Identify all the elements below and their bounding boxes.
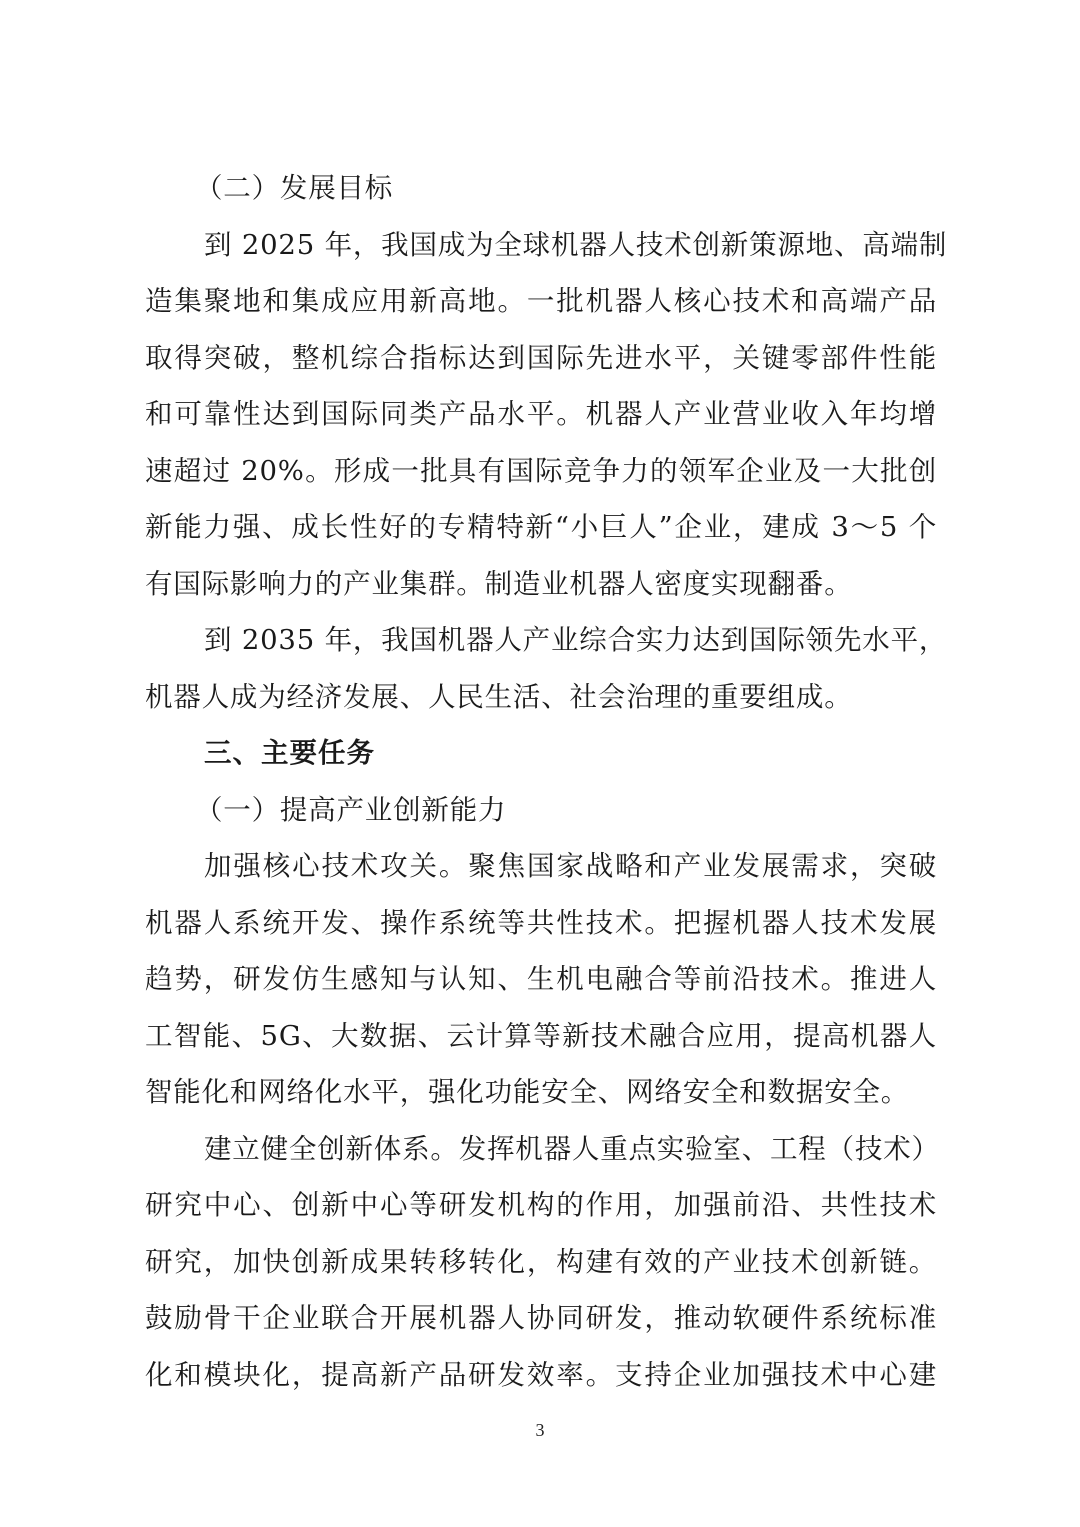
paragraph-line: 智能化和网络化水平，强化功能安全、网络安全和数据安全。 (145, 1072, 937, 1129)
section-heading-development-goals: （二）发展目标 (145, 168, 937, 225)
paragraph-2025-goals: 到 2025 年，我国成为全球机器人技术创新策源地、高端制 造集聚地和集成应用新… (145, 225, 937, 621)
paragraph-line: 造集聚地和集成应用新高地。一批机器人核心技术和高端产品 (145, 281, 937, 338)
paragraph-core-technology: 加强核心技术攻关。聚焦国家战略和产业发展需求，突破 机器人系统开发、操作系统等共… (145, 846, 937, 1129)
paragraph-line: 新能力强、成长性好的专精特新“小巨人”企业，建成 3～5 个 (145, 507, 937, 564)
paragraph-2035-goals: 到 2035 年，我国机器人产业综合实力达到国际领先水平， 机器人成为经济发展、… (145, 620, 937, 733)
paragraph-line: 趋势，研发仿生感知与认知、生机电融合等前沿技术。推进人 (145, 959, 937, 1016)
paragraph-line: 到 2025 年，我国成为全球机器人技术创新策源地、高端制 (145, 225, 937, 282)
paragraph-line: 研究，加快创新成果转移转化，构建有效的产业技术创新链。 (145, 1242, 937, 1299)
paragraph-line: 建立健全创新体系。发挥机器人重点实验室、工程（技术） (145, 1129, 937, 1186)
paragraph-innovation-system: 建立健全创新体系。发挥机器人重点实验室、工程（技术） 研究中心、创新中心等研发机… (145, 1129, 937, 1412)
paragraph-line: 化和模块化，提高新产品研发效率。支持企业加强技术中心建 (145, 1355, 937, 1412)
paragraph-line: 到 2035 年，我国机器人产业综合实力达到国际领先水平， (145, 620, 937, 677)
paragraph-line: 工智能、5G、大数据、云计算等新技术融合应用，提高机器人 (145, 1016, 937, 1073)
paragraph-line: 鼓励骨干企业联合开展机器人协同研发，推动软硬件系统标准 (145, 1298, 937, 1355)
paragraph-line: 速超过 20%。形成一批具有国际竞争力的领军企业及一大批创 (145, 451, 937, 508)
paragraph-line: 加强核心技术攻关。聚焦国家战略和产业发展需求，突破 (145, 846, 937, 903)
page-number: 3 (0, 1420, 1080, 1441)
chapter-heading-main-tasks: 三、主要任务 (145, 733, 937, 790)
paragraph-line: 机器人成为经济发展、人民生活、社会治理的重要组成。 (145, 677, 937, 734)
paragraph-line: 研究中心、创新中心等研发机构的作用，加强前沿、共性技术 (145, 1185, 937, 1242)
document-page: （二）发展目标 到 2025 年，我国成为全球机器人技术创新策源地、高端制 造集… (145, 168, 937, 1411)
section-heading-innovation-capability: （一）提高产业创新能力 (145, 790, 937, 847)
paragraph-line: 机器人系统开发、操作系统等共性技术。把握机器人技术发展 (145, 903, 937, 960)
paragraph-line: 取得突破，整机综合指标达到国际先进水平，关键零部件性能 (145, 338, 937, 395)
paragraph-line: 和可靠性达到国际同类产品水平。机器人产业营业收入年均增 (145, 394, 937, 451)
paragraph-line: 有国际影响力的产业集群。制造业机器人密度实现翻番。 (145, 564, 937, 621)
